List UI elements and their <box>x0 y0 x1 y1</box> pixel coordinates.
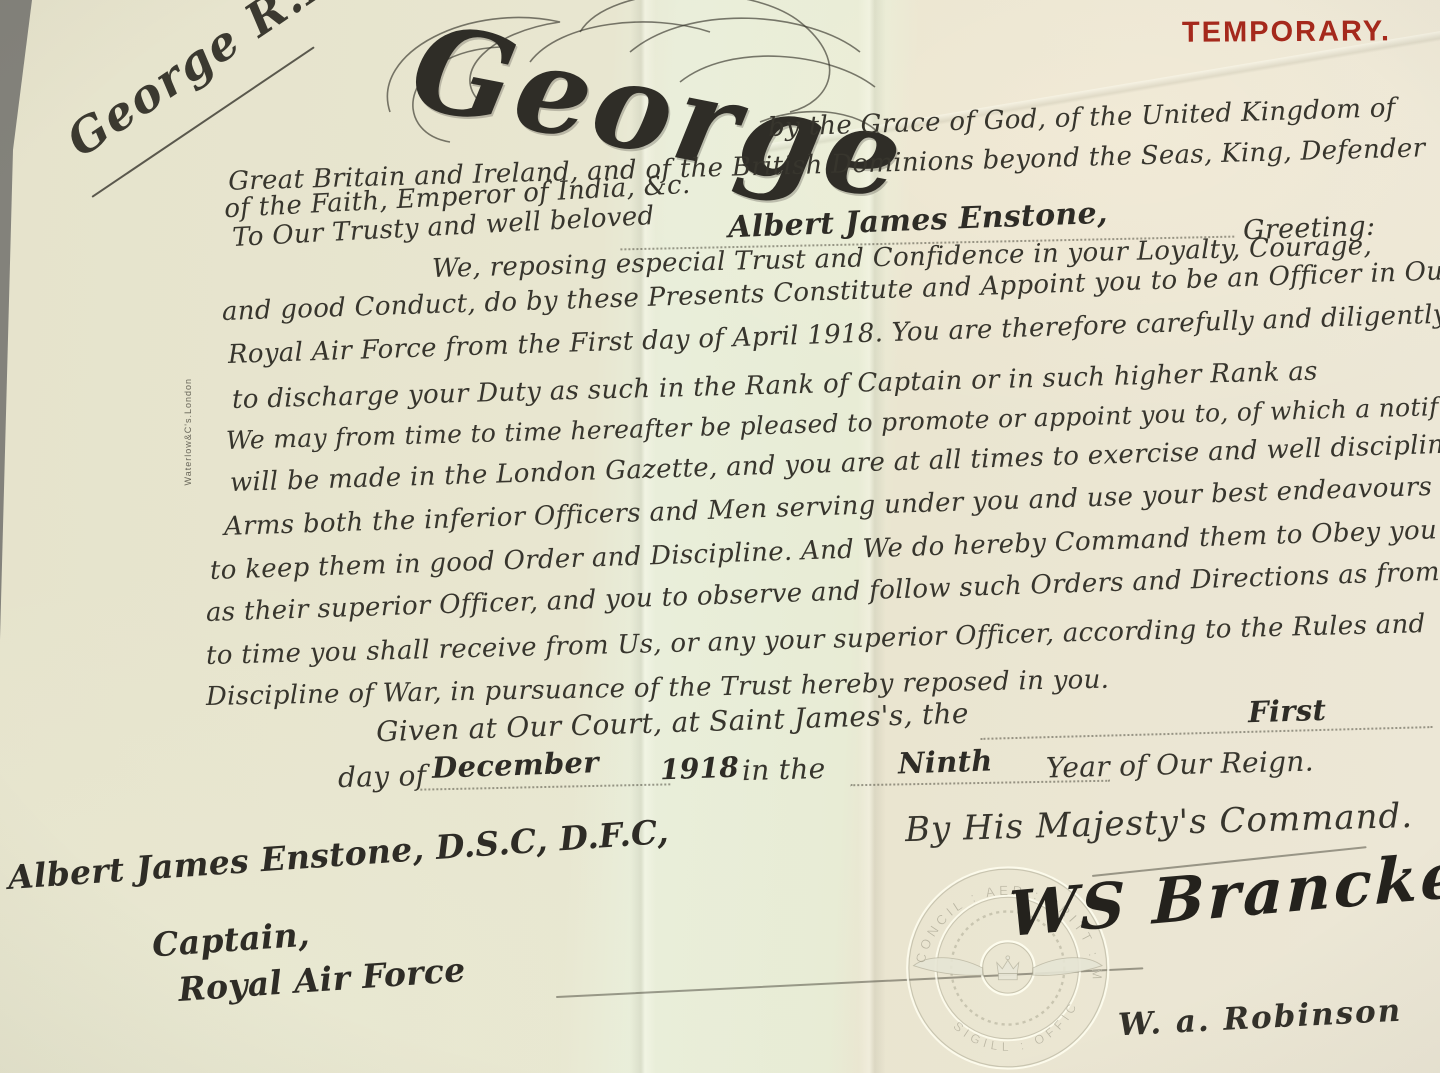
year-fill: 1918 <box>659 751 739 787</box>
printer-imprint: Waterlow&C's.London <box>183 378 193 485</box>
seal-crown-icon <box>997 956 1019 980</box>
day-fill: First <box>1247 693 1326 729</box>
in-the-label: in the <box>742 752 826 787</box>
temporary-stamp: TEMPORARY. <box>1182 15 1391 49</box>
month-fill: December <box>431 745 599 785</box>
regnal-year-fill: Ninth <box>897 744 993 781</box>
day-of-label: day of <box>338 759 427 794</box>
photo-backdrop: TEMPORARY. George R.I. George by the Gra… <box>0 0 1440 1073</box>
reign-label: Year of Our Reign. <box>1046 744 1315 784</box>
